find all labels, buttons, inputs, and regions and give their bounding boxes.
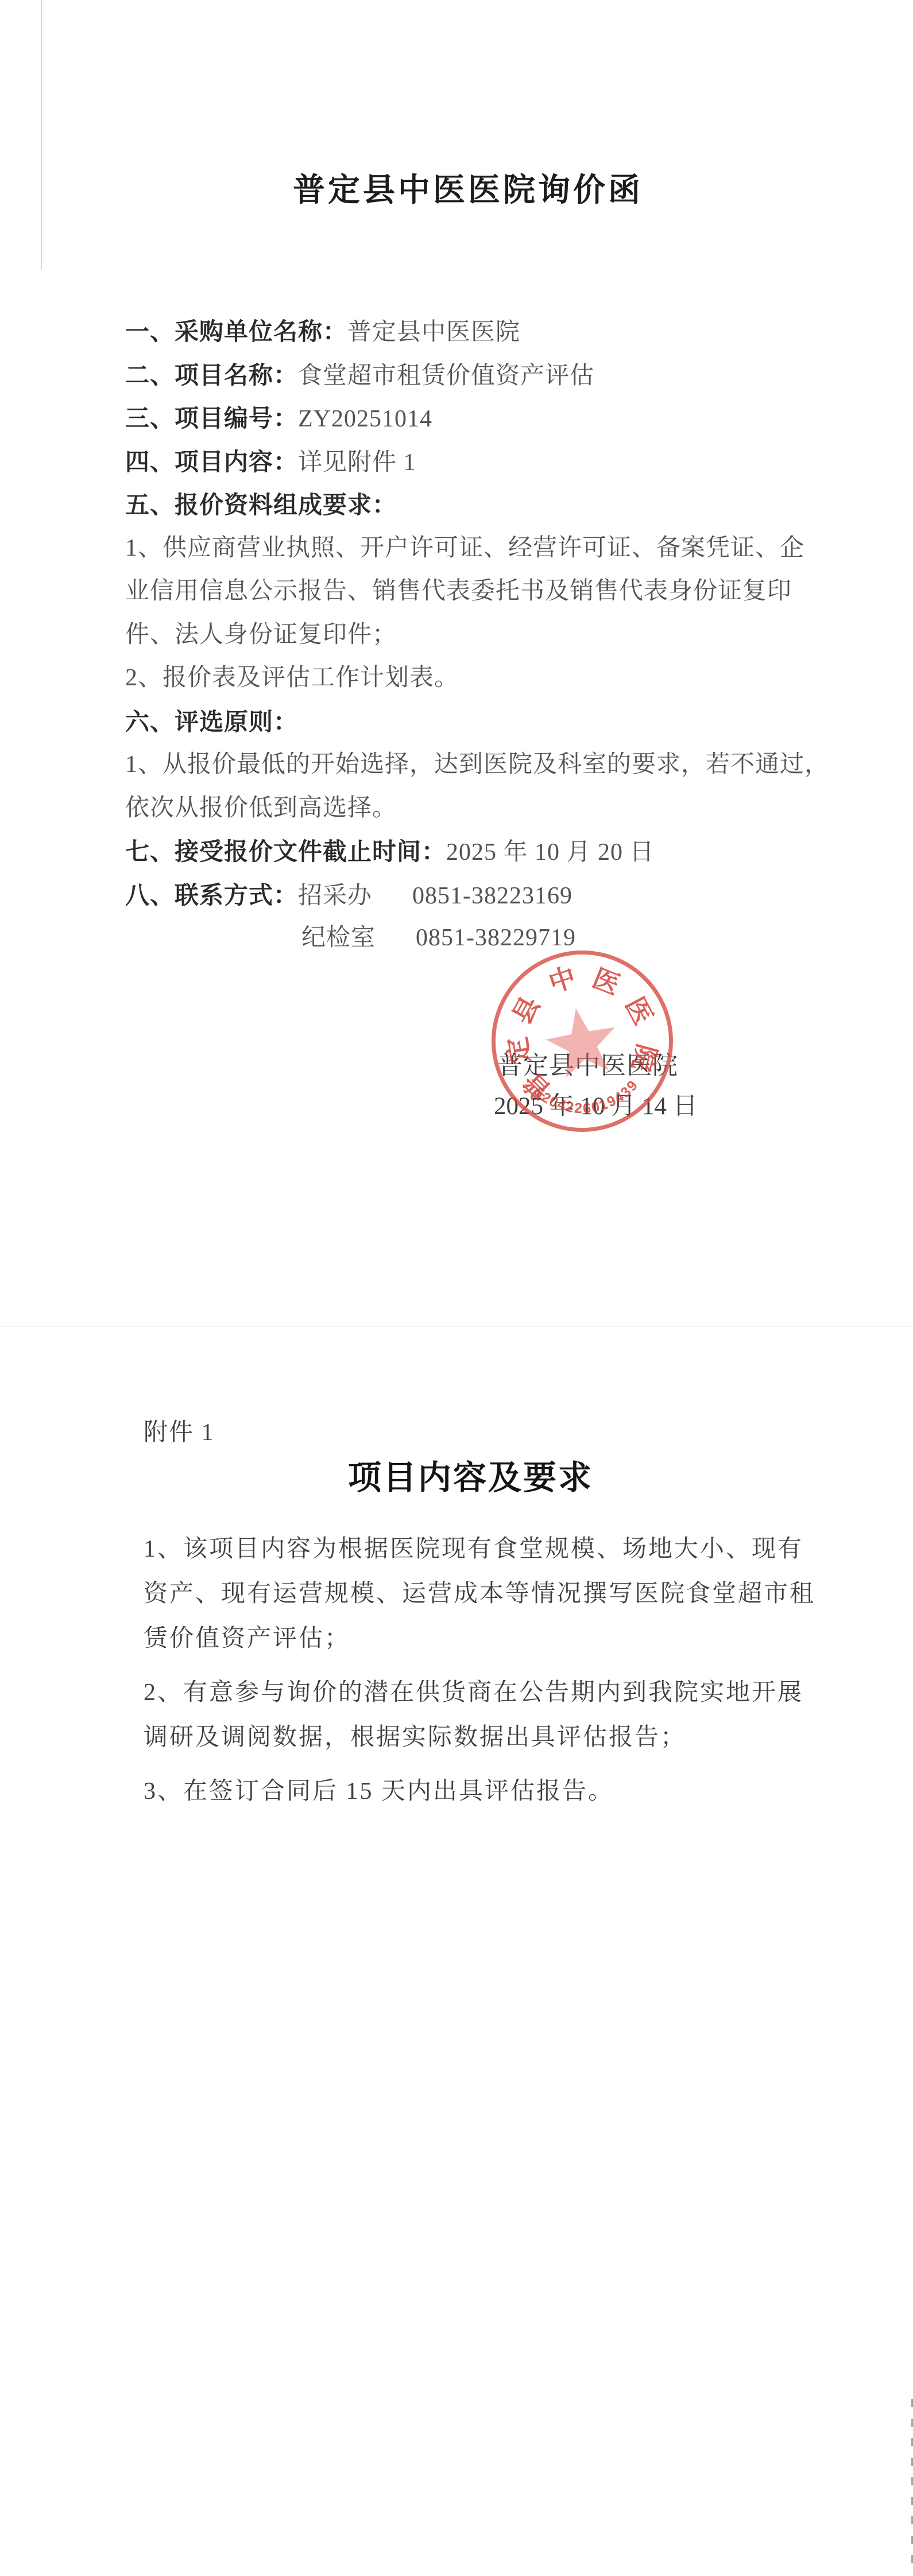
field-label: 五、报价资料组成要求： bbox=[125, 491, 397, 518]
line-requirement-1a: 1、供应商营业执照、开户许可证、经营许可证、备案凭证、企 bbox=[125, 527, 826, 571]
line-project-number: 三、项目编号：ZY20251014 bbox=[125, 397, 826, 440]
paragraph-text: 件、法人身份证复印件； bbox=[125, 622, 397, 648]
line-contact-1: 八、联系方式：招采办0851-38223169 bbox=[125, 874, 826, 917]
line-deadline: 七、接受报价文件截止时间：2025 年 10 月 20 日 bbox=[125, 830, 826, 874]
scanned-document: 普定县中医医院询价函 一、采购单位名称：普定县中医医院 二、项目名称：食堂超市租… bbox=[0, 0, 913, 2576]
seal-arc-char: 定 bbox=[504, 1035, 533, 1065]
line-purchaser: 一、采购单位名称：普定县中医医院 bbox=[125, 310, 826, 354]
field-label: 四、项目内容： bbox=[125, 448, 298, 475]
field-value: 详见附件 1 bbox=[298, 449, 416, 476]
field-label: 三、项目编号： bbox=[125, 405, 298, 432]
contact-office: 招采办 bbox=[298, 883, 372, 909]
official-seal: 普 定 县 中 医 医 院 5 2 0 4 2 2 6 0 1 9 4 3 9 bbox=[492, 951, 673, 1132]
field-value: 2025 年 10 月 20 日 bbox=[446, 839, 655, 866]
contact-office: 纪检室 bbox=[301, 925, 376, 951]
paragraph-line: 赁价值资产评估； bbox=[144, 1616, 833, 1661]
line-quotation-requirements: 五、报价资料组成要求： bbox=[125, 483, 826, 527]
line-project-name: 二、项目名称：食堂超市租赁价值资产评估 bbox=[125, 354, 826, 397]
scan-artifact-left-line bbox=[41, 0, 42, 270]
paragraph-line: 2、有意参与询价的潜在供货商在公告期内到我院实地开展 bbox=[144, 1670, 833, 1715]
line-requirement-2: 2、报价表及评估工作计划表。 bbox=[125, 657, 826, 700]
line-contact-2: 纪检室0851-38229719 bbox=[125, 917, 826, 960]
line-selection-principle: 六、评选原则： bbox=[125, 700, 826, 744]
paragraph-line: 3、在签订合同后 15 天内出具评估报告。 bbox=[144, 1769, 833, 1814]
attachment-title: 项目内容及要求 bbox=[348, 1459, 593, 1497]
paragraph-2: 2、有意参与询价的潜在供货商在公告期内到我院实地开展 调研及调阅数据，根据实际数… bbox=[144, 1670, 833, 1760]
paragraph-3: 3、在签订合同后 15 天内出具评估报告。 bbox=[144, 1769, 833, 1814]
contact-phone: 0851-38223169 bbox=[412, 883, 572, 909]
attachment-body: 1、该项目内容为根据医院现有食堂规模、场地大小、现有 资产、现有运营规模、运营成… bbox=[144, 1527, 833, 1823]
field-label: 八、联系方式： bbox=[125, 882, 298, 909]
paragraph-line: 调研及调阅数据，根据实际数据出具评估报告； bbox=[144, 1715, 833, 1760]
attachment-label: 附件 1 bbox=[144, 1413, 215, 1448]
document-title: 普定县中医医院询价函 bbox=[293, 172, 643, 209]
paragraph-text: 1、供应商营业执照、开户许可证、经营许可证、备案凭证、企 bbox=[125, 535, 804, 561]
paragraph-1: 1、该项目内容为根据医院现有食堂规模、场地大小、现有 资产、现有运营规模、运营成… bbox=[144, 1527, 833, 1661]
field-value: ZY20251014 bbox=[298, 406, 432, 432]
field-label: 一、采购单位名称： bbox=[125, 318, 347, 345]
paragraph-text: 1、从报价最低的开始选择，达到医院及科室的要求，若不通过， bbox=[125, 751, 829, 778]
line-requirement-1b: 业信用信息公示报告、销售代表委托书及销售代表身份证复印 bbox=[125, 570, 826, 614]
paragraph-text: 2、报价表及评估工作计划表。 bbox=[125, 665, 459, 691]
field-value: 普定县中医医院 bbox=[347, 319, 520, 346]
field-label: 二、项目名称： bbox=[125, 362, 298, 389]
line-requirement-1c: 件、法人身份证复印件； bbox=[125, 614, 826, 657]
paragraph-line: 资产、现有运营规模、运营成本等情况撰写医院食堂超市租 bbox=[144, 1572, 833, 1616]
paragraph-text: 业信用信息公示报告、销售代表委托书及销售代表身份证复印 bbox=[125, 578, 792, 604]
page-divider-line bbox=[0, 1326, 913, 1326]
line-principle-1b: 依次从报价低到高选择。 bbox=[125, 787, 826, 831]
line-principle-1a: 1、从报价最低的开始选择，达到医院及科室的要求，若不通过， bbox=[125, 743, 826, 787]
field-label: 七、接受报价文件截止时间： bbox=[125, 838, 446, 865]
paragraph-text: 依次从报价低到高选择。 bbox=[125, 795, 397, 821]
field-label: 六、评选原则： bbox=[125, 708, 298, 735]
inquiry-body: 一、采购单位名称：普定县中医医院 二、项目名称：食堂超市租赁价值资产评估 三、项… bbox=[125, 310, 826, 960]
contact-phone: 0851-38229719 bbox=[416, 925, 576, 951]
line-project-content: 四、项目内容：详见附件 1 bbox=[125, 440, 826, 484]
field-value: 食堂超市租赁价值资产评估 bbox=[298, 363, 594, 389]
paragraph-line: 1、该项目内容为根据医院现有食堂规模、场地大小、现有 bbox=[144, 1527, 833, 1572]
